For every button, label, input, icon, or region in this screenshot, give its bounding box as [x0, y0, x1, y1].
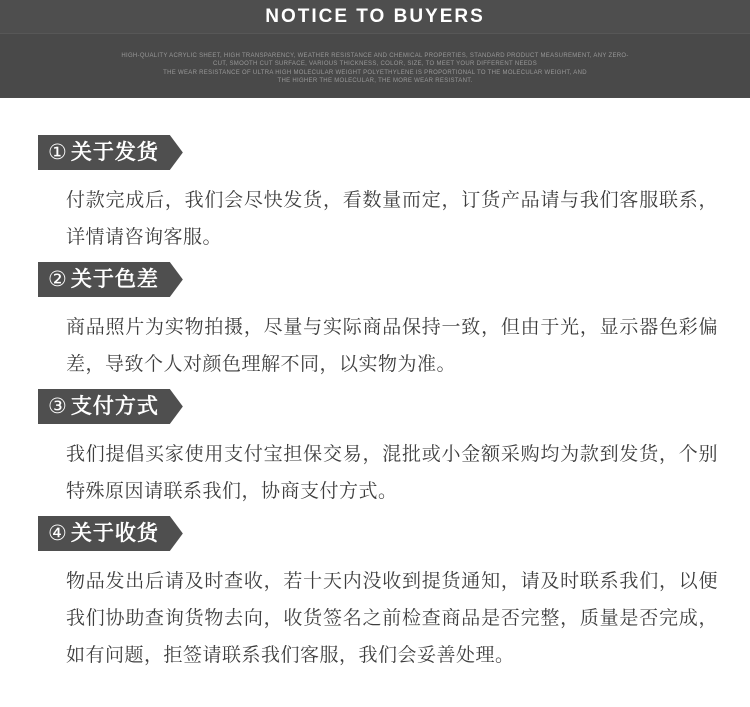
header-subtitle-line: THE WEAR RESISTANCE OF ULTRA HIGH MOLECU…: [163, 69, 587, 78]
page-title: NOTICE TO BUYERS: [265, 6, 485, 28]
circled-number-2-icon: ②: [48, 269, 67, 290]
circled-number-1-icon: ①: [48, 142, 67, 163]
section-shipping-title: 关于发货: [71, 142, 159, 163]
section-payment-badge: ③ 支付方式: [38, 389, 183, 424]
header-subtitle-band: HIGH-QUALITY ACRYLIC SHEET, HIGH TRANSPA…: [0, 34, 750, 97]
header-title-band: NOTICE TO BUYERS: [0, 0, 750, 34]
section-receiving-badge: ④ 关于收货: [38, 516, 183, 551]
section-receiving-body: 物品发出后请及时查收，若十天内没收到提货通知，请及时联系我们，以便我们协助查询货…: [66, 563, 718, 674]
section-receiving-title: 关于收货: [71, 523, 159, 544]
section-shipping-body: 付款完成后，我们会尽快发货，看数量而定，订货产品请与我们客服联系，详情请咨询客服…: [66, 182, 718, 256]
section-receiving: ④ 关于收货 物品发出后请及时查收，若十天内没收到提货通知，请及时联系我们，以便…: [38, 516, 710, 674]
section-payment-body: 我们提倡买家使用支付宝担保交易，混批或小金额采购均为款到发货，个别特殊原因请联系…: [66, 436, 718, 510]
section-payment-title: 支付方式: [71, 396, 159, 417]
section-color-difference-title: 关于色差: [71, 269, 159, 290]
section-color-difference: ② 关于色差 商品照片为实物拍摄，尽量与实际商品保持一致，但由于光，显示器色彩偏…: [38, 262, 710, 383]
circled-number-4-icon: ④: [48, 523, 67, 544]
header-subtitle-line: HIGH-QUALITY ACRYLIC SHEET, HIGH TRANSPA…: [121, 52, 628, 61]
notice-page: NOTICE TO BUYERS HIGH-QUALITY ACRYLIC SH…: [0, 0, 750, 707]
page-header: NOTICE TO BUYERS HIGH-QUALITY ACRYLIC SH…: [0, 0, 750, 98]
section-shipping-badge: ① 关于发货: [38, 135, 183, 170]
section-color-difference-badge: ② 关于色差: [38, 262, 183, 297]
header-subtitle-line: CUT, SMOOTH CUT SURFACE, VARIOUS THICKNE…: [213, 60, 537, 69]
section-shipping: ① 关于发货 付款完成后，我们会尽快发货，看数量而定，订货产品请与我们客服联系，…: [38, 135, 710, 256]
header-subtitle-line: THE HIGHER THE MOLECULAR, THE MORE WEAR …: [277, 77, 472, 86]
section-payment: ③ 支付方式 我们提倡买家使用支付宝担保交易，混批或小金额采购均为款到发货，个别…: [38, 389, 710, 510]
circled-number-3-icon: ③: [48, 396, 67, 417]
notice-content: ① 关于发货 付款完成后，我们会尽快发货，看数量而定，订货产品请与我们客服联系，…: [0, 98, 750, 674]
section-color-difference-body: 商品照片为实物拍摄，尽量与实际商品保持一致，但由于光，显示器色彩偏差，导致个人对…: [66, 309, 718, 383]
